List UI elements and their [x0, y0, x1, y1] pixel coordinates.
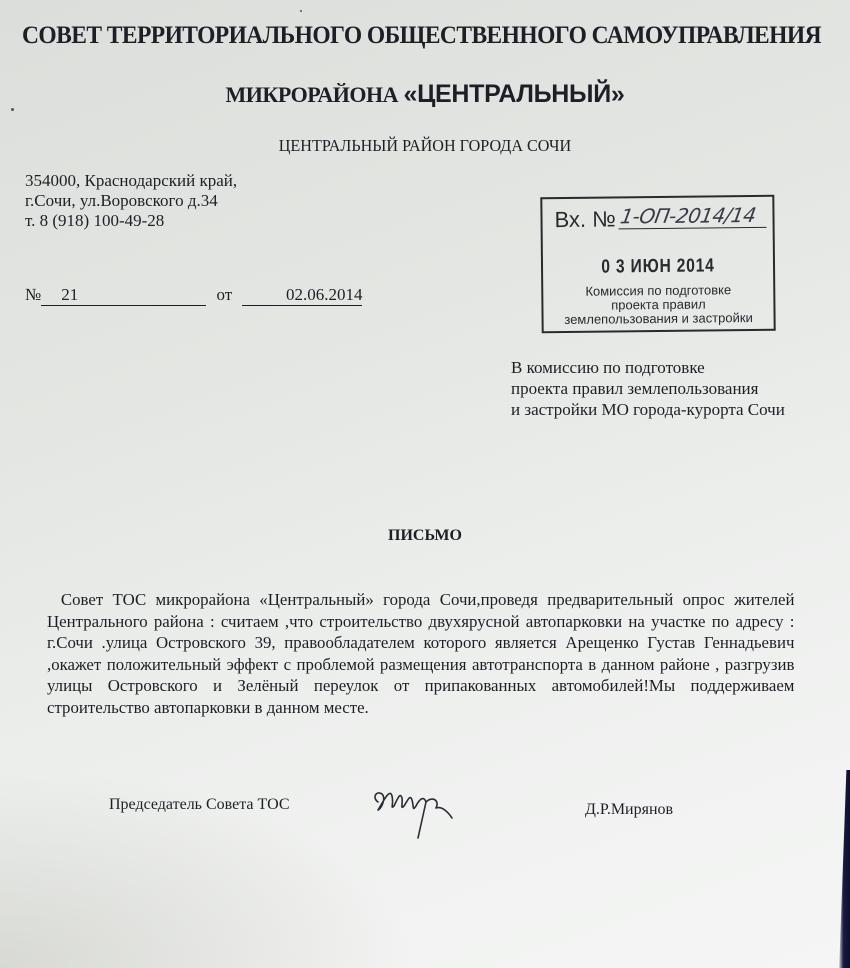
microdistrict-name: «ЦЕНТРАЛЬНЫЙ»: [403, 80, 624, 108]
address-line-1: 354000, Краснодарский край,: [25, 171, 237, 191]
date-label: от: [216, 285, 232, 304]
district-title: ЦЕНТРАЛЬНЫЙ РАЙОН ГОРОДА СОЧИ: [21, 136, 829, 156]
letter-title: ПИСЬМО: [0, 527, 850, 545]
phone-number: т. 8 (918) 100-49-28: [25, 211, 237, 231]
organization-title: СОВЕТ ТЕРРИТОРИАЛЬНОГО ОБЩЕСТВЕННОГО САМ…: [22, 22, 765, 50]
stamp-commission-line: землепользования и застройки: [544, 311, 774, 327]
incoming-label: Вх. №: [554, 206, 616, 233]
sender-address: 354000, Краснодарский край, г.Сочи, ул.В…: [25, 171, 237, 231]
signer-name: Д.Р.Мирянов: [585, 801, 673, 819]
paper-speck: [300, 10, 302, 12]
outgoing-registration: №21 от 02.06.2014: [25, 285, 362, 306]
stamp-commission: Комиссия по подготовке проекта правил зе…: [543, 283, 773, 327]
microdistrict-label: МИКРОРАЙОНА: [225, 82, 398, 107]
incoming-stamp: Вх. № 1-ОП-2014/14 0 3 ИЮН 2014 Комиссия…: [540, 195, 775, 333]
signer-role: Председатель Совета ТОС: [109, 796, 289, 814]
incoming-number-handwritten: 1-ОП-2014/14: [618, 203, 770, 230]
outgoing-date: 02.06.2014: [242, 285, 362, 306]
paper-edge-background: [838, 770, 850, 968]
recipient-line-2: проекта правил землепользования: [511, 378, 785, 399]
number-label: №: [25, 285, 41, 304]
recipient-line-3: и застройки МО города-курорта Сочи: [511, 399, 785, 420]
outgoing-number: 21: [41, 285, 206, 306]
recipient-block: В комиссию по подготовке проекта правил …: [511, 357, 785, 420]
stamp-date: 0 3 ИЮН 2014: [564, 255, 753, 279]
letter-body: Совет ТОС микрорайона «Центральный» горо…: [47, 589, 794, 718]
handwritten-signature-icon: [370, 776, 470, 846]
organization-subtitle: МИКРОРАЙОНА «ЦЕНТРАЛЬНЫЙ»: [0, 80, 850, 109]
address-line-2: г.Сочи, ул.Воровского д.34: [25, 191, 237, 211]
recipient-line-1: В комиссию по подготовке: [511, 357, 785, 378]
